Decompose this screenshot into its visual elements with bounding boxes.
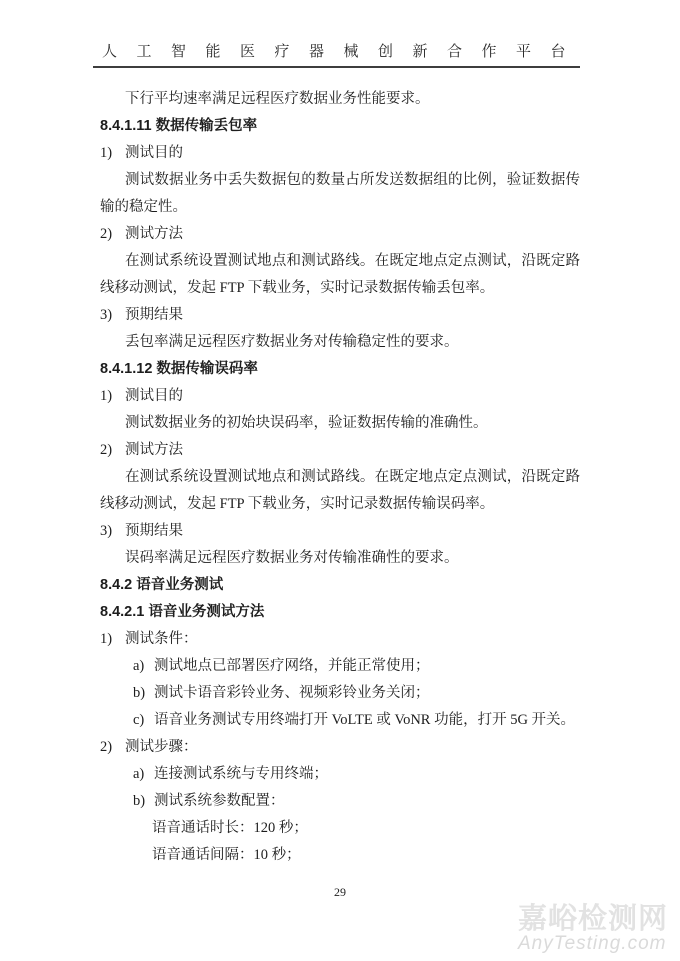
sub-list-item: a) 连接测试系统与专用终端；: [100, 761, 580, 788]
config-line: 语音通话时长：120 秒；: [100, 815, 580, 842]
sub-list-item-text: 语音业务测试专用终端打开 VoLTE 或 VoNR 功能，打开 5G 开关。: [154, 707, 575, 734]
list-item-number: 2): [100, 221, 125, 248]
sub-list-item-text: 测试卡语音彩铃业务、视频彩铃业务关闭；: [154, 680, 430, 707]
list-item-text: 测试方法: [125, 437, 183, 464]
paragraph: 丢包率满足远程医疗数据业务对传输稳定性的要求。: [100, 329, 580, 356]
list-item-text: 测试目的: [125, 383, 183, 410]
page-number: 29: [0, 885, 680, 900]
sub-list-item-letter: c): [133, 707, 154, 734]
paragraph: 在测试系统设置测试地点和测试路线。在既定地点定点测试，沿既定路线移动测试，发起 …: [100, 248, 580, 302]
list-item: 2) 测试方法: [100, 221, 580, 248]
document-body: 下行平均速率满足远程医疗数据业务性能要求。 8.4.1.11 数据传输丢包率 1…: [100, 86, 580, 869]
paragraph: 测试数据业务的初始块误码率，验证数据传输的准确性。: [100, 410, 580, 437]
header-title: 人工智能医疗器械创新合作平台: [102, 44, 580, 61]
sub-list-item-letter: a): [133, 761, 154, 788]
list-item-text: 测试方法: [125, 221, 183, 248]
paragraph: 测试数据业务中丢失数据包的数量占所发送数据组的比例，验证数据传输的稳定性。: [100, 167, 580, 221]
list-item-number: 3): [100, 302, 125, 329]
sub-list-item-letter: a): [133, 653, 154, 680]
list-item-number: 2): [100, 734, 125, 761]
watermark-site-url: AnyTesting.com: [518, 934, 668, 954]
section-heading: 8.4.1.12 数据传输误码率: [100, 356, 580, 383]
list-item: 1) 测试目的: [100, 383, 580, 410]
list-item-text: 测试条件：: [125, 626, 198, 653]
list-item: 1) 测试条件：: [100, 626, 580, 653]
sub-list-item-letter: b): [133, 788, 154, 815]
list-item-text: 测试目的: [125, 140, 183, 167]
list-item-number: 3): [100, 518, 125, 545]
list-item: 3) 预期结果: [100, 518, 580, 545]
paragraph: 在测试系统设置测试地点和测试路线。在既定地点定点测试，沿既定路线移动测试，发起 …: [100, 464, 580, 518]
paragraph: 误码率满足远程医疗数据业务对传输准确性的要求。: [100, 545, 580, 572]
section-heading: 8.4.2 语音业务测试: [100, 572, 580, 599]
list-item: 1) 测试目的: [100, 140, 580, 167]
document-page: 人工智能医疗器械创新合作平台 下行平均速率满足远程医疗数据业务性能要求。 8.4…: [0, 0, 680, 961]
list-item-number: 1): [100, 140, 125, 167]
sub-list-item-letter: b): [133, 680, 154, 707]
sub-list-item: b) 测试系统参数配置：: [100, 788, 580, 815]
page-header: 人工智能医疗器械创新合作平台: [93, 44, 580, 68]
list-item: 3) 预期结果: [100, 302, 580, 329]
list-item-text: 测试步骤：: [125, 734, 198, 761]
list-item-number: 1): [100, 626, 125, 653]
sub-list-item-text: 测试地点已部署医疗网络，并能正常使用；: [154, 653, 430, 680]
list-item-text: 预期结果: [125, 518, 183, 545]
watermark-site-name: 嘉峪检测网: [518, 904, 668, 934]
config-line: 语音通话间隔：10 秒；: [100, 842, 580, 869]
sub-list-item: c) 语音业务测试专用终端打开 VoLTE 或 VoNR 功能，打开 5G 开关…: [100, 707, 580, 734]
paragraph: 下行平均速率满足远程医疗数据业务性能要求。: [100, 86, 580, 113]
watermark: 嘉峪检测网 AnyTesting.com: [518, 904, 668, 954]
section-heading: 8.4.1.11 数据传输丢包率: [100, 113, 580, 140]
list-item-text: 预期结果: [125, 302, 183, 329]
sub-list-item-text: 连接测试系统与专用终端；: [154, 761, 328, 788]
section-heading: 8.4.2.1 语音业务测试方法: [100, 599, 580, 626]
sub-list-item: b) 测试卡语音彩铃业务、视频彩铃业务关闭；: [100, 680, 580, 707]
list-item: 2) 测试方法: [100, 437, 580, 464]
list-item-number: 1): [100, 383, 125, 410]
sub-list-item: a) 测试地点已部署医疗网络，并能正常使用；: [100, 653, 580, 680]
list-item: 2) 测试步骤：: [100, 734, 580, 761]
sub-list-item-text: 测试系统参数配置：: [154, 788, 285, 815]
list-item-number: 2): [100, 437, 125, 464]
